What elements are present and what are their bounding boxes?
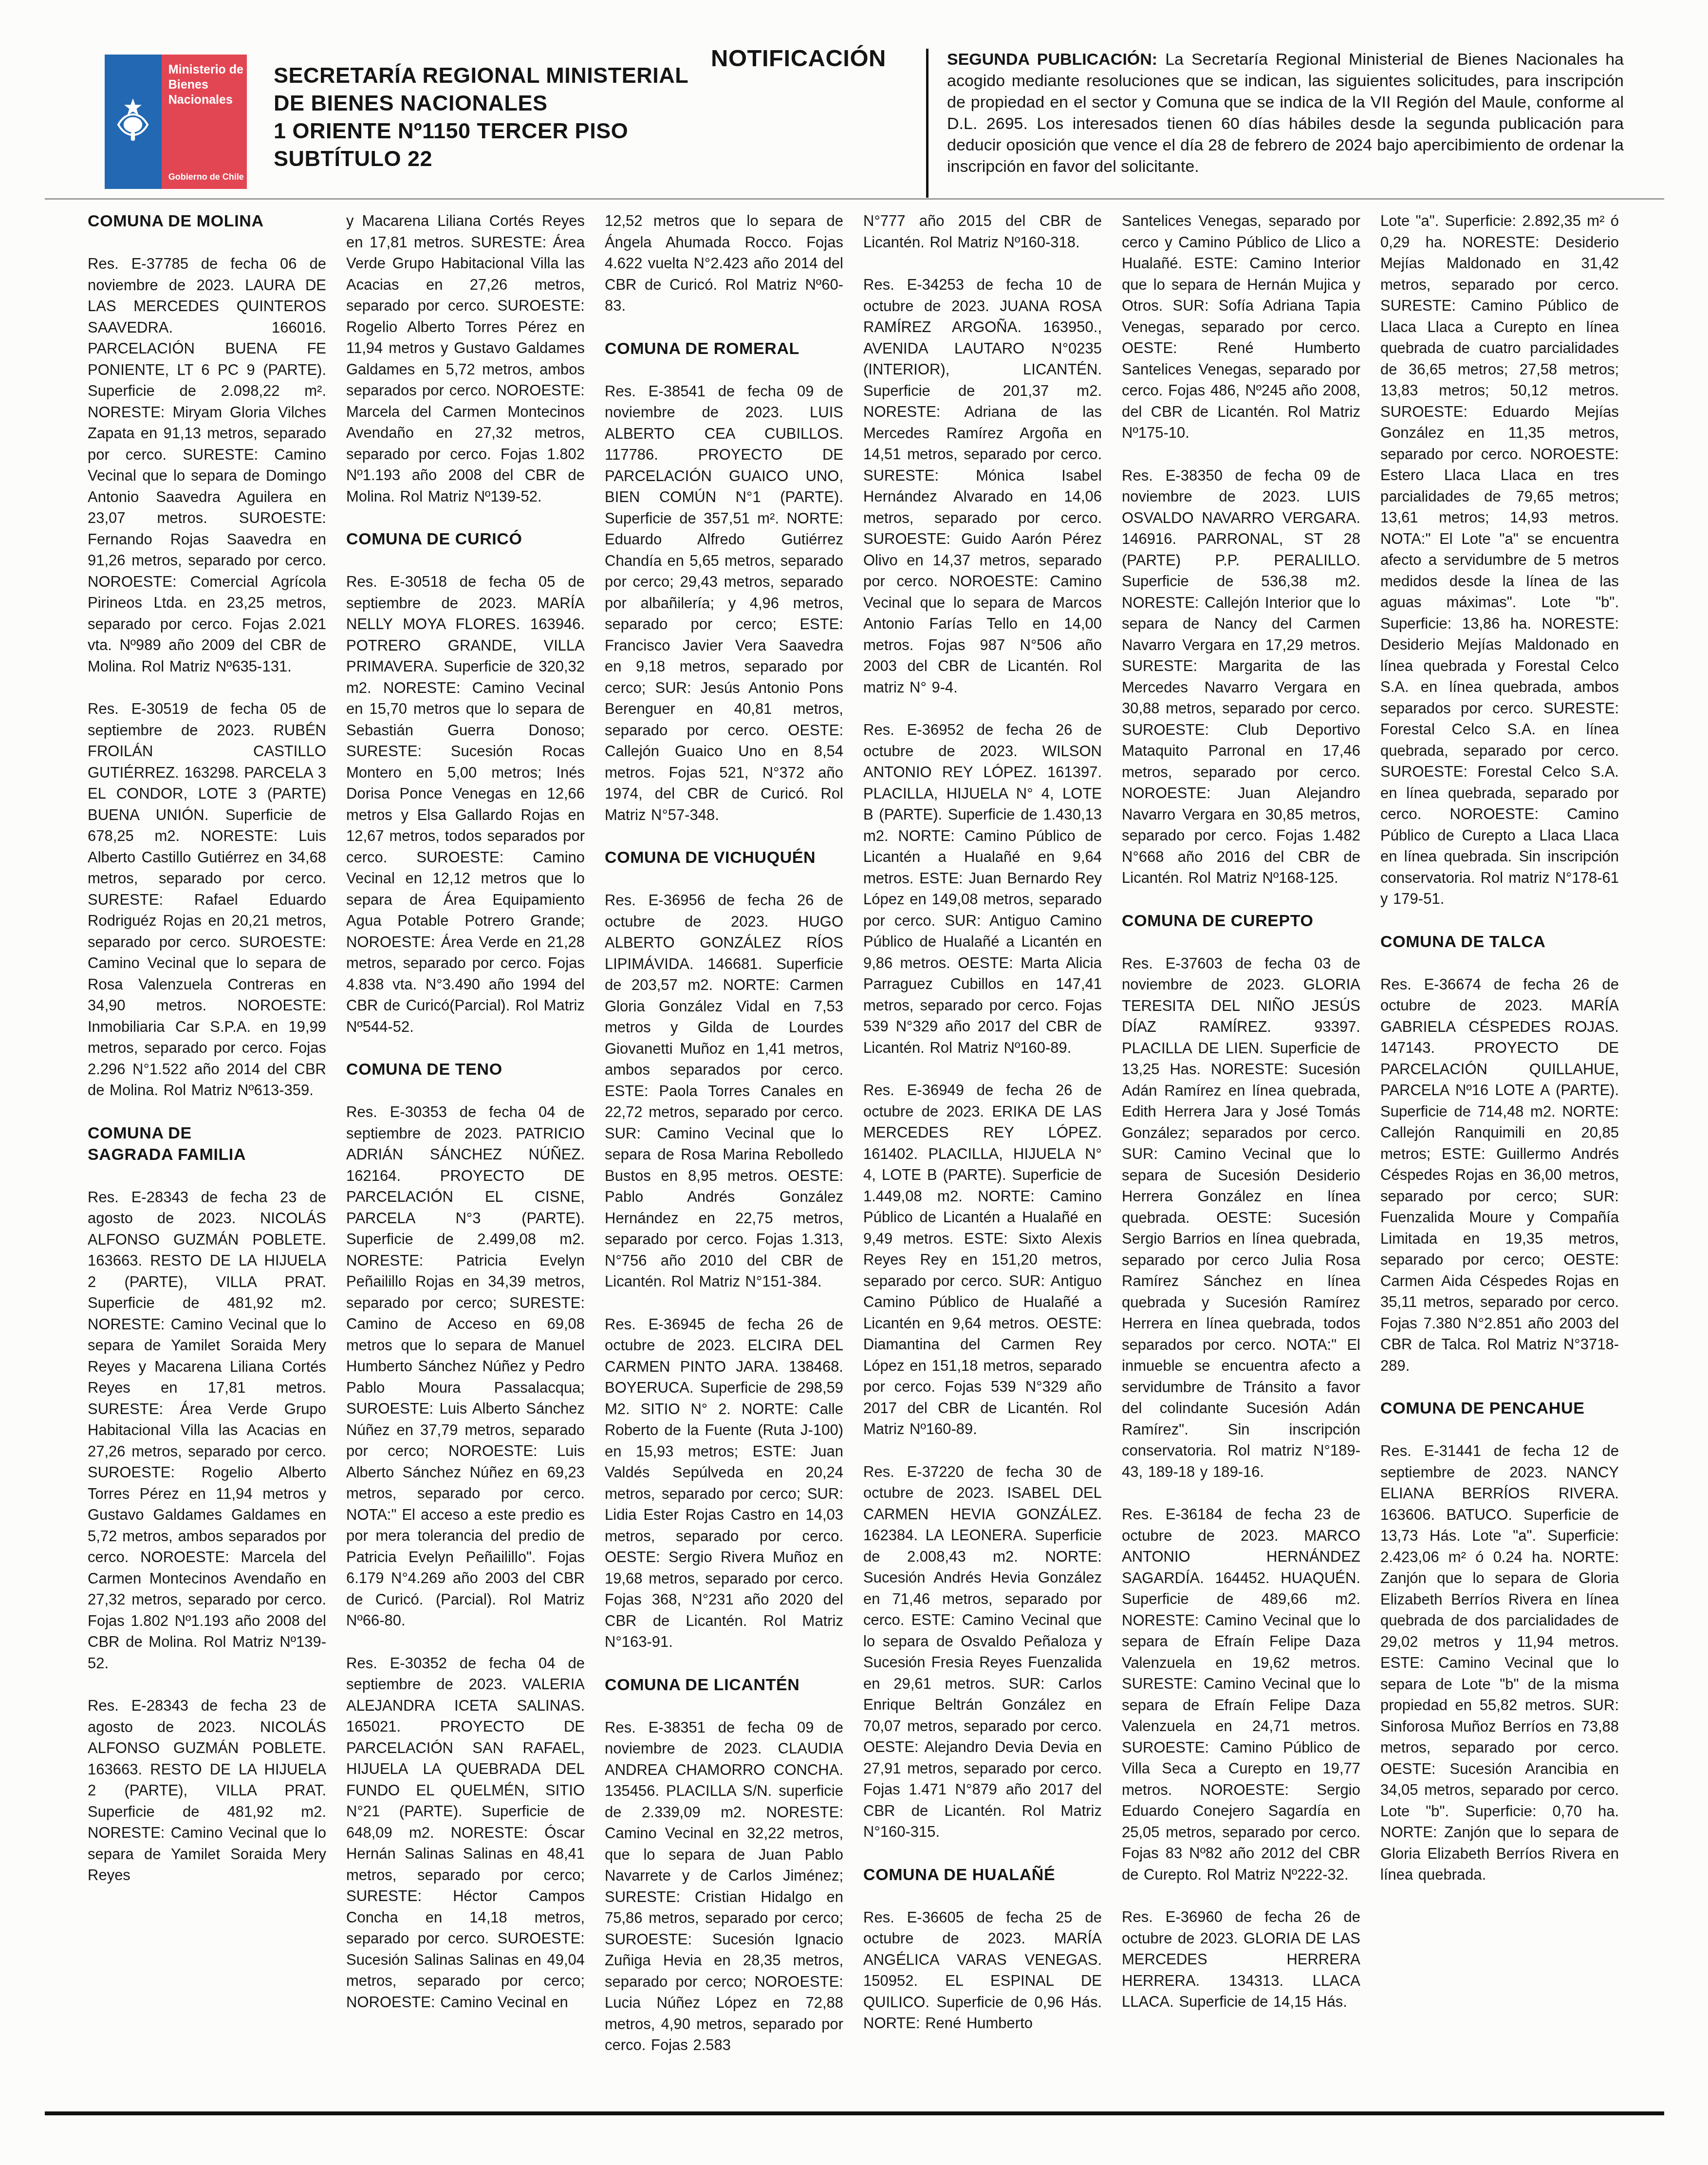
ministry-name: Ministerio de Bienes Nacionales xyxy=(168,62,243,108)
text-column-6: Lote "a". Superficie: 2.892,35 m² ó 0,29… xyxy=(1380,210,1619,1907)
resolution-paragraph: Res. E-30353 de fecha 04 de septiembre d… xyxy=(346,1101,585,1631)
notification-page: Ministerio de Bienes Nacionales Gobierno… xyxy=(0,0,1708,2165)
resolution-paragraph: Res. E-36605 de fecha 25 de octubre de 2… xyxy=(863,1907,1102,2034)
comuna-heading: COMUNA DE TENO xyxy=(346,1059,585,1080)
resolution-paragraph: Lote "a". Superficie: 2.892,35 m² ó 0,29… xyxy=(1380,210,1619,910)
resolution-paragraph: Res. E-37785 de fecha 06 de noviembre de… xyxy=(88,253,326,677)
resolution-paragraph: Res. E-36952 de fecha 26 de octubre de 2… xyxy=(863,719,1102,1058)
text-column-5: Santelices Venegas, separado por cerco y… xyxy=(1122,210,1360,2034)
resolution-paragraph: Santelices Venegas, separado por cerco y… xyxy=(1122,210,1360,444)
footer-divider xyxy=(45,2111,1664,2115)
comuna-heading: COMUNA DE HUALAÑÉ xyxy=(863,1864,1102,1885)
notice-columns: COMUNA DE MOLINARes. E-37785 de fecha 06… xyxy=(88,210,1621,2077)
comuna-heading: COMUNA DE CUREPTO xyxy=(1122,910,1360,932)
comuna-heading: COMUNA DE TALCA xyxy=(1380,931,1619,952)
office-title: SECRETARÍA REGIONAL MINISTERIAL DE BIENE… xyxy=(274,61,741,172)
notice-body: La Secretaría Regional Ministerial de Bi… xyxy=(947,50,1624,176)
resolution-paragraph: Res. E-36949 de fecha 26 de octubre de 2… xyxy=(863,1080,1102,1440)
resolution-paragraph: Res. E-37603 de fecha 03 de noviembre de… xyxy=(1122,953,1360,1483)
office-title-line: SECRETARÍA REGIONAL MINISTERIAL xyxy=(274,61,741,89)
resolution-paragraph: Res. E-38541 de fecha 09 de noviembre de… xyxy=(605,381,843,826)
resolution-paragraph: 12,52 metros que lo separa de Ángela Ahu… xyxy=(605,210,843,317)
resolution-paragraph: Res. E-36960 de fecha 26 de octubre de 2… xyxy=(1122,1906,1360,2013)
government-label: Gobierno de Chile xyxy=(168,172,244,182)
office-title-line: 1 ORIENTE Nº1150 TERCER PISO xyxy=(274,117,741,145)
page-title: NOTIFICACIÓN xyxy=(691,45,906,72)
comuna-heading: COMUNA DE SAGRADA FAMILIA xyxy=(88,1122,326,1165)
resolution-paragraph: N°777 año 2015 del CBR de Licantén. Rol … xyxy=(863,210,1102,253)
chile-coat-of-arms-icon xyxy=(105,55,162,189)
resolution-paragraph: y Macarena Liliana Cortés Reyes en 17,81… xyxy=(346,210,585,507)
resolution-paragraph: Res. E-31441 de fecha 12 de septiembre d… xyxy=(1380,1440,1619,1885)
comuna-heading: COMUNA DE MOLINA xyxy=(88,210,326,232)
text-column-2: y Macarena Liliana Cortés Reyes en 17,81… xyxy=(346,210,585,2034)
resolution-paragraph: Res. E-36945 de fecha 26 de octubre de 2… xyxy=(605,1314,843,1653)
resolution-paragraph: Res. E-30519 de fecha 05 de septiembre d… xyxy=(88,698,326,1101)
text-column-3: 12,52 metros que lo separa de Ángela Ahu… xyxy=(605,210,843,2077)
resolution-paragraph: Res. E-28343 de fecha 23 de agosto de 20… xyxy=(88,1187,326,1674)
resolution-paragraph: Res. E-38350 de fecha 09 de noviembre de… xyxy=(1122,465,1360,889)
resolution-paragraph: Res. E-36674 de fecha 26 de octubre de 2… xyxy=(1380,974,1619,1377)
comuna-heading: COMUNA DE VICHUQUÉN xyxy=(605,847,843,868)
ministry-logo-text: Ministerio de Bienes Nacionales Gobierno… xyxy=(162,55,247,189)
resolution-paragraph: Res. E-36956 de fecha 26 de octubre de 2… xyxy=(605,890,843,1292)
resolution-paragraph: Res. E-37220 de fecha 30 de octubre de 2… xyxy=(863,1461,1102,1843)
office-title-line: SUBTÍTULO 22 xyxy=(274,145,741,172)
resolution-paragraph: Res. E-38351 de fecha 09 de noviembre de… xyxy=(605,1717,843,2056)
header-divider xyxy=(45,198,1664,200)
resolution-paragraph: Res. E-28343 de fecha 23 de agosto de 20… xyxy=(88,1695,326,1886)
resolution-paragraph: Res. E-30518 de fecha 05 de septiembre d… xyxy=(346,571,585,1037)
publication-notice: SEGUNDA PUBLICACIÓN: La Secretaría Regio… xyxy=(926,49,1624,198)
text-column-4: N°777 año 2015 del CBR de Licantén. Rol … xyxy=(863,210,1102,2055)
ministry-logo: Ministerio de Bienes Nacionales Gobierno… xyxy=(105,55,247,189)
resolution-paragraph: Res. E-30352 de fecha 04 de septiembre d… xyxy=(346,1653,585,2013)
resolution-paragraph: Res. E-34253 de fecha 10 de octubre de 2… xyxy=(863,274,1102,698)
text-column-1: COMUNA DE MOLINARes. E-37785 de fecha 06… xyxy=(88,210,326,1907)
comuna-heading: COMUNA DE ROMERAL xyxy=(605,338,843,359)
office-title-line: DE BIENES NACIONALES xyxy=(274,89,741,117)
comuna-heading: COMUNA DE LICANTÉN xyxy=(605,1674,843,1696)
resolution-paragraph: Res. E-36184 de fecha 23 de octubre de 2… xyxy=(1122,1504,1360,1885)
comuna-heading: COMUNA DE PENCAHUE xyxy=(1380,1398,1619,1419)
notice-lead: SEGUNDA PUBLICACIÓN: xyxy=(947,50,1157,69)
comuna-heading: COMUNA DE CURICÓ xyxy=(346,528,585,550)
